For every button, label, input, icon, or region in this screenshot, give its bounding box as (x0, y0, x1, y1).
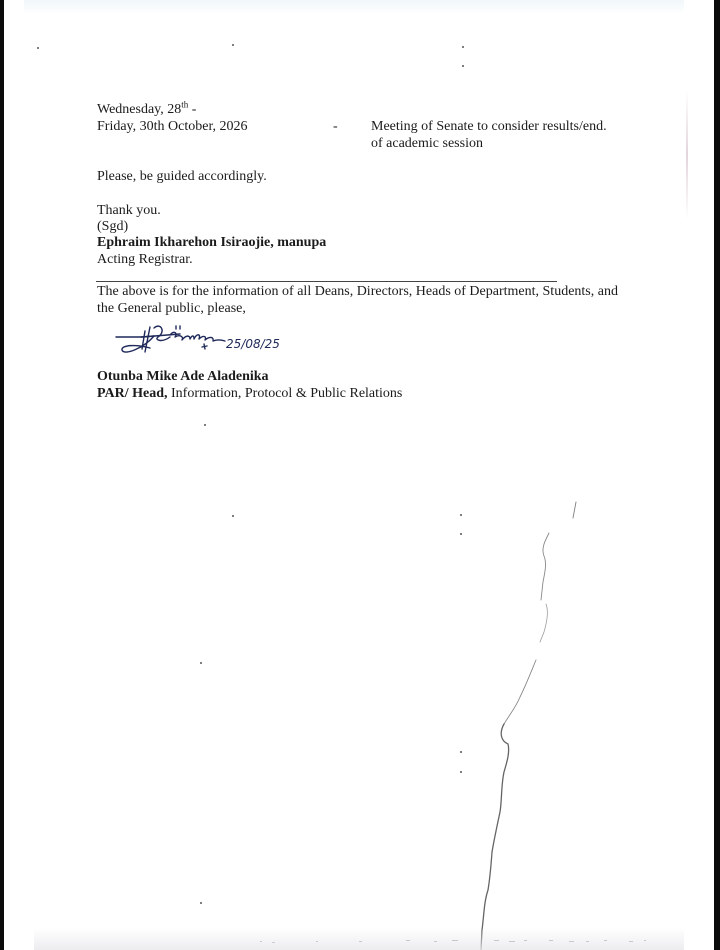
distribution-line-1: The above is for the information of all … (97, 283, 618, 300)
pr-officer-title-rest: Information, Protocol & Public Relations (168, 386, 403, 401)
schedule-event-line-1: Meeting of Senate to consider results/en… (371, 118, 607, 135)
schedule-date-line-1: Wednesday, 28th - (97, 101, 196, 118)
registrar-name: Ephraim Ikharehon Isiraojie, manupa (97, 234, 326, 251)
schedule-date-line-2: Friday, 30th October, 2026 (97, 118, 248, 135)
date-start-text: Wednesday, 28 (97, 102, 181, 117)
paper-crease-icon (4, 0, 714, 950)
thank-you-text: Thank you. (97, 202, 161, 219)
scan-speck (204, 424, 206, 426)
signature-date: 25/08/25 (226, 337, 280, 351)
signed-marker: (Sgd) (97, 218, 128, 235)
scan-speck (200, 662, 202, 664)
scan-speck (460, 514, 462, 516)
guidance-text: Please, be guided accordingly. (97, 168, 267, 185)
distribution-line-2: the General public, please, (97, 300, 246, 317)
scan-speck (460, 771, 462, 773)
pr-officer-title: PAR/ Head, Information, Protocol & Publi… (97, 385, 402, 402)
scan-speck (232, 515, 234, 517)
registrar-title: Acting Registrar. (97, 251, 193, 268)
scanned-document-page: Wednesday, 28th - Friday, 30th October, … (4, 0, 714, 950)
schedule-separator: - (333, 118, 338, 135)
scan-speck (460, 533, 462, 535)
pr-officer-name: Otunba Mike Ade Aladenika (97, 368, 269, 385)
pr-officer-title-bold: PAR/ Head, (97, 386, 168, 401)
scan-edge-tint (686, 90, 688, 220)
schedule-event-line-2: of academic session (371, 135, 483, 152)
scan-speck (462, 46, 464, 48)
scan-speck (232, 44, 234, 46)
scan-speck (462, 65, 464, 67)
date-range-dash: - (188, 102, 196, 117)
scan-speck (37, 47, 39, 49)
handwritten-signature-icon: 25/08/25 (4, 0, 714, 950)
divider-line (96, 281, 557, 282)
scan-speck (200, 902, 202, 904)
scan-speck (460, 751, 462, 753)
